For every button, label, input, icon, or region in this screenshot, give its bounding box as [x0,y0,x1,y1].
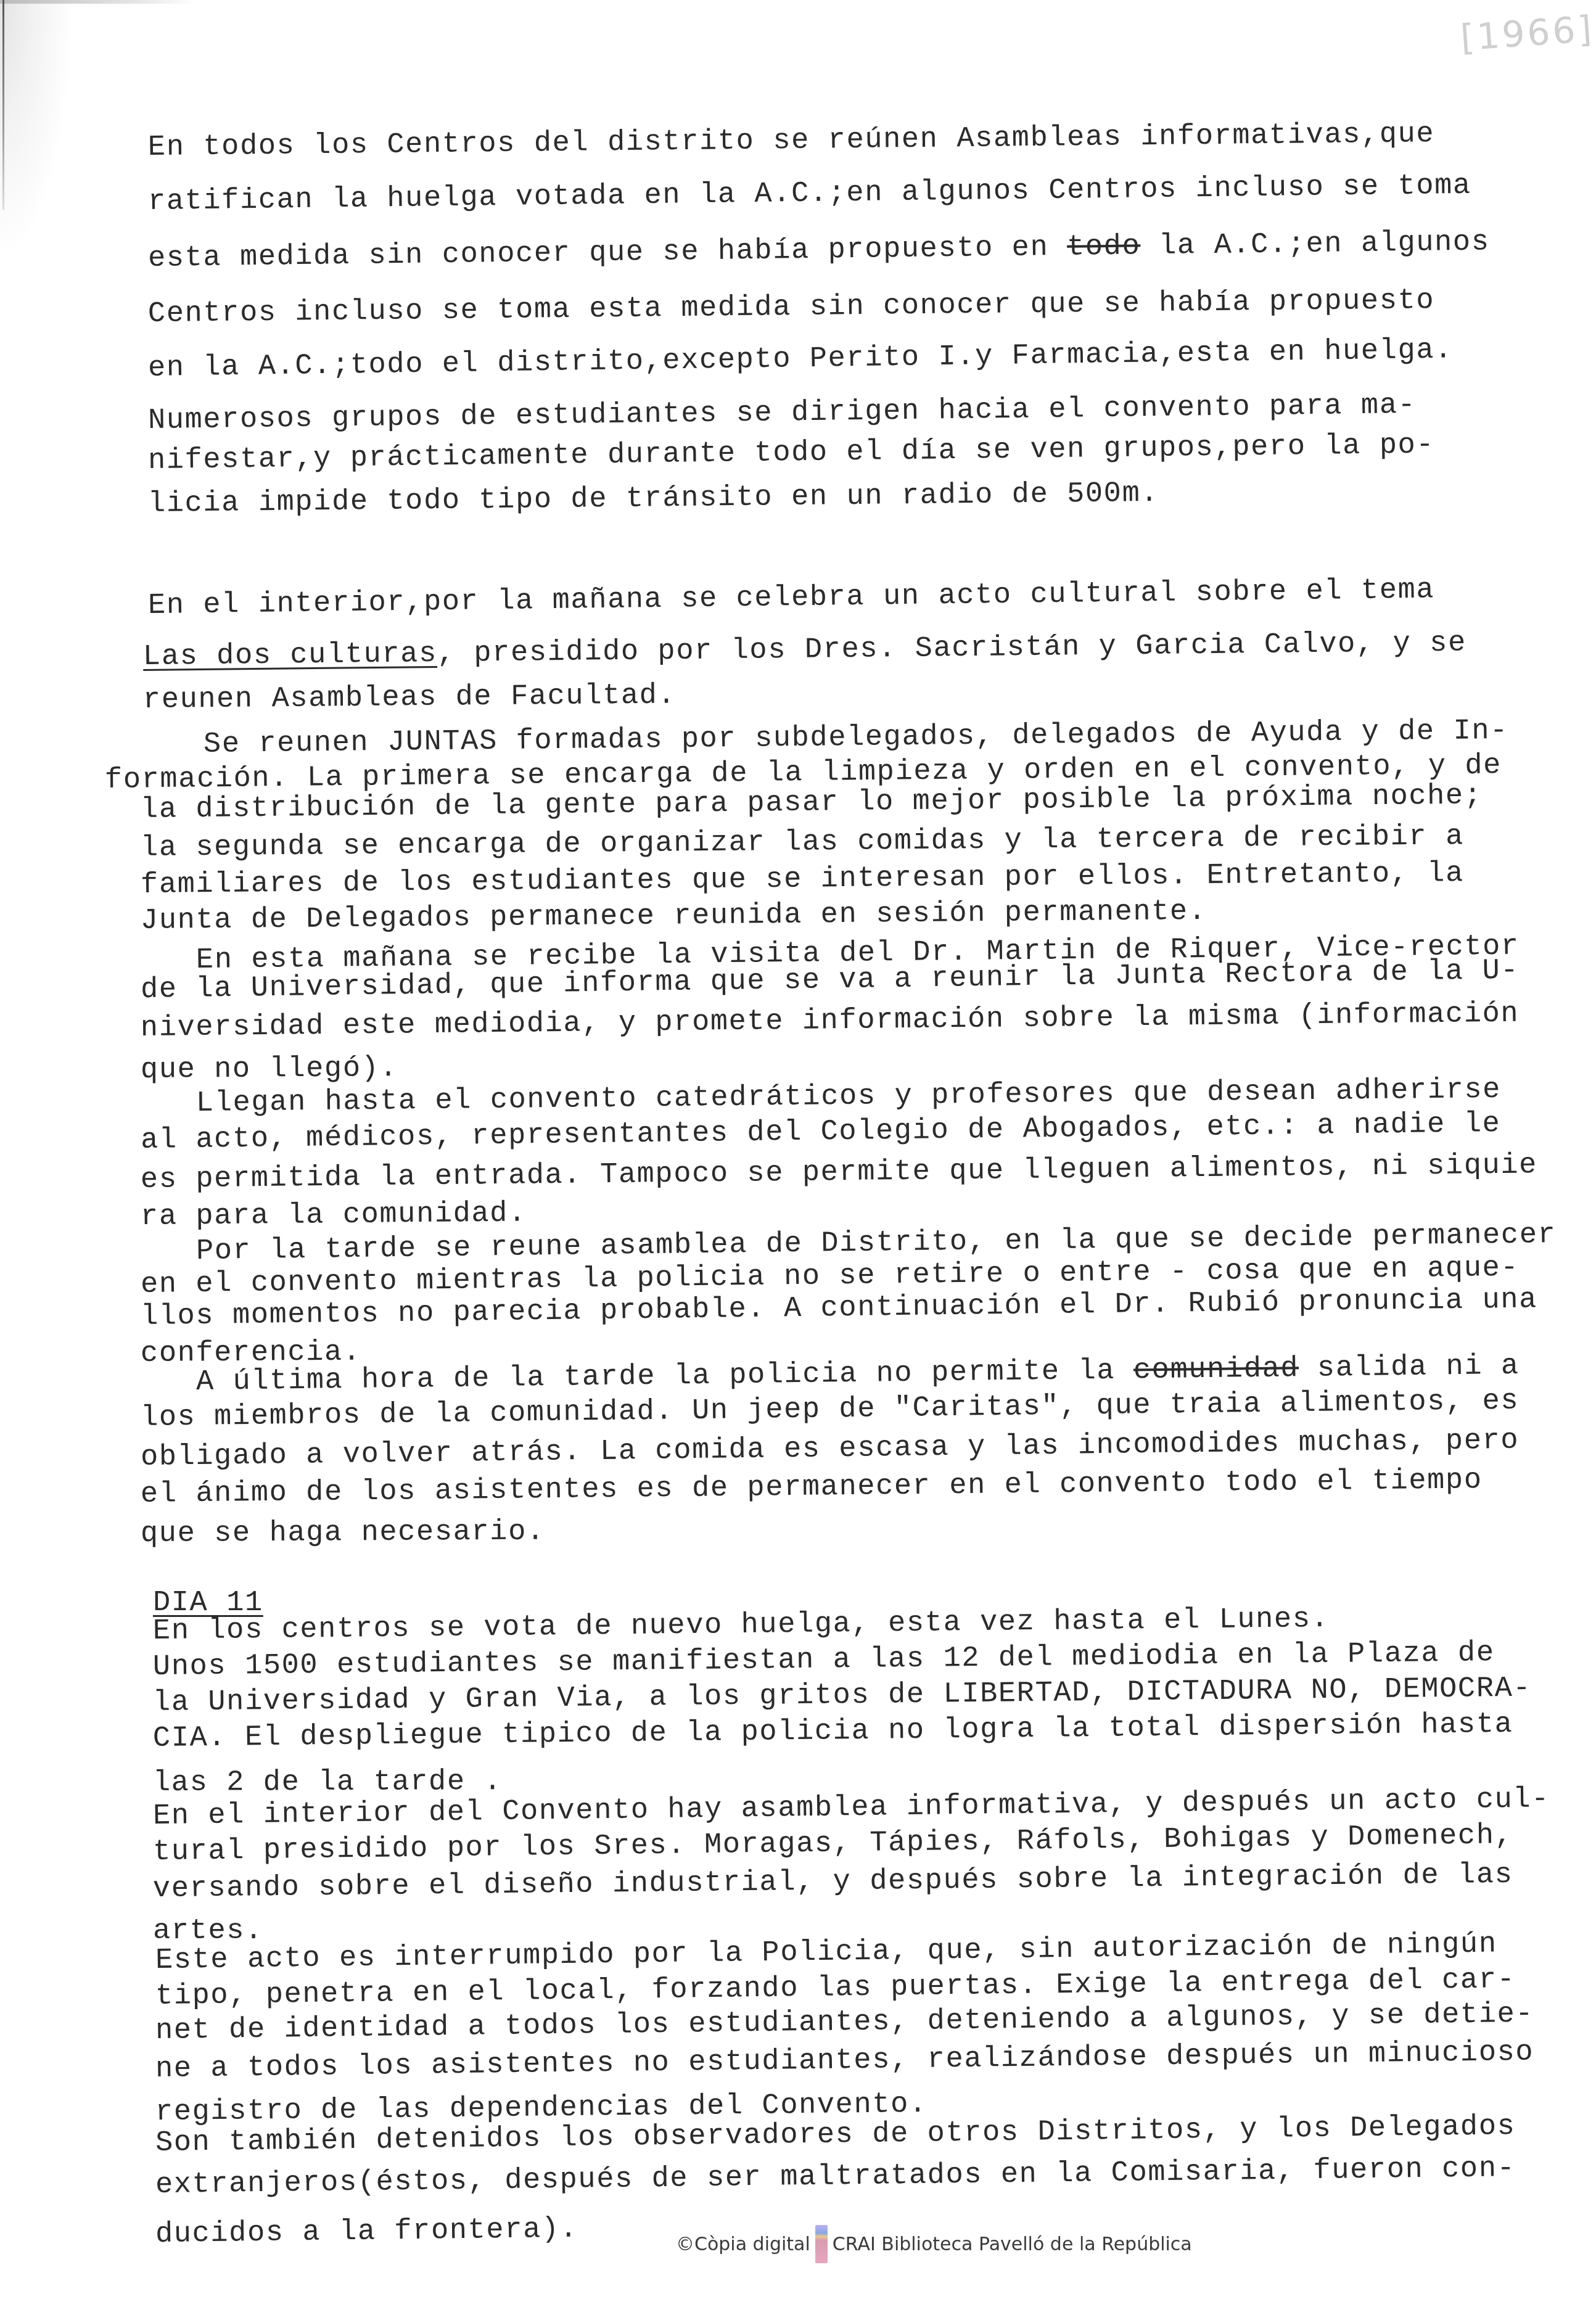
document-line: es permitida la entrada. Tampoco se perm… [141,1148,1538,1198]
line-text: extranjeros(éstos, después de ser maltra… [155,2152,1516,2202]
line-text: En el interior,por la mañana se celebra … [148,574,1435,622]
page-corner-shadow [0,0,74,259]
line-text: ra para la comunidad. [141,1198,527,1233]
line-text: Numerosos grupos de estudiantes se dirig… [148,389,1417,437]
document-line: ra para la comunidad. [141,1197,527,1235]
line-text: reunen Asambleas de Facultad. [143,679,677,717]
line-text-continued: , presidido por los Dres. Sacristán y Ga… [437,627,1467,670]
line-text: en la A.C.;todo el distrito,excepto Peri… [148,334,1454,385]
document-line: En todos los Centros del distrito se reú… [148,117,1435,165]
line-text: que no llegó). [141,1052,398,1087]
archive-year-mark: [1966] [1459,8,1595,59]
page-edge-left [2,0,4,210]
credit-library: CRAI Biblioteca Pavelló de la República [833,2234,1192,2255]
document-line: que no llegó). [141,1051,398,1088]
document-line: ducidos a la frontera). [155,2213,578,2252]
line-text: ducidos a la frontera). [155,2213,578,2251]
line-text: ratifican la huelga votada en la A.C.;en… [148,170,1471,218]
line-text: Junta de Delegados permanece reunida en … [141,895,1207,937]
line-text-continued: salida ni a [1299,1350,1520,1385]
credit-prefix: ©Còpia digital [676,2234,810,2255]
document-line: que se haga necesario. [141,1515,545,1552]
struck-out-word: todo [1067,230,1141,263]
line-text: las 2 de la tarde . [153,1766,502,1799]
document-line: ratifican la huelga votada en la A.C.;en… [148,169,1471,220]
crai-logo-icon [815,2225,828,2263]
line-text: nifestar,y prácticamente durante todo el… [148,429,1435,477]
line-text: licia impide todo tipo de tránsito en un… [148,477,1159,520]
digital-copy-credit: ©Còpia digital CRAI Biblioteca Pavelló d… [676,2225,1192,2263]
line-text: es permitida la entrada. Tampoco se perm… [141,1149,1538,1196]
document-line: Centros incluso se toma esta medida sin … [148,284,1435,332]
document-line: licia impide todo tipo de tránsito en un… [148,477,1159,522]
document-line: esta medida sin conocer que se había pro… [148,225,1490,276]
line-text: esta medida sin conocer que se había pro… [148,231,1067,275]
page-edge-top [0,0,197,4]
scanned-document-page: [1966] En todos los Centros del distrito… [0,0,1596,2299]
document-line: reunen Asambleas de Facultad. [143,678,677,718]
line-text: que se haga necesario. [141,1516,545,1550]
document-line: En el interior,por la mañana se celebra … [148,574,1435,623]
line-text: Las dos culturas [143,638,437,673]
struck-out-word: comunidad [1133,1352,1299,1387]
line-text: En todos los Centros del distrito se reú… [148,118,1435,164]
document-line: Las dos culturas, presidido por los Dres… [143,627,1466,675]
line-text: Centros incluso se toma esta medida sin … [148,284,1435,331]
document-line: extranjeros(éstos, después de ser maltra… [155,2152,1516,2203]
document-line: en la A.C.;todo el distrito,excepto Peri… [148,333,1454,386]
line-text-continued: la A.C.;en algunos [1140,226,1490,263]
